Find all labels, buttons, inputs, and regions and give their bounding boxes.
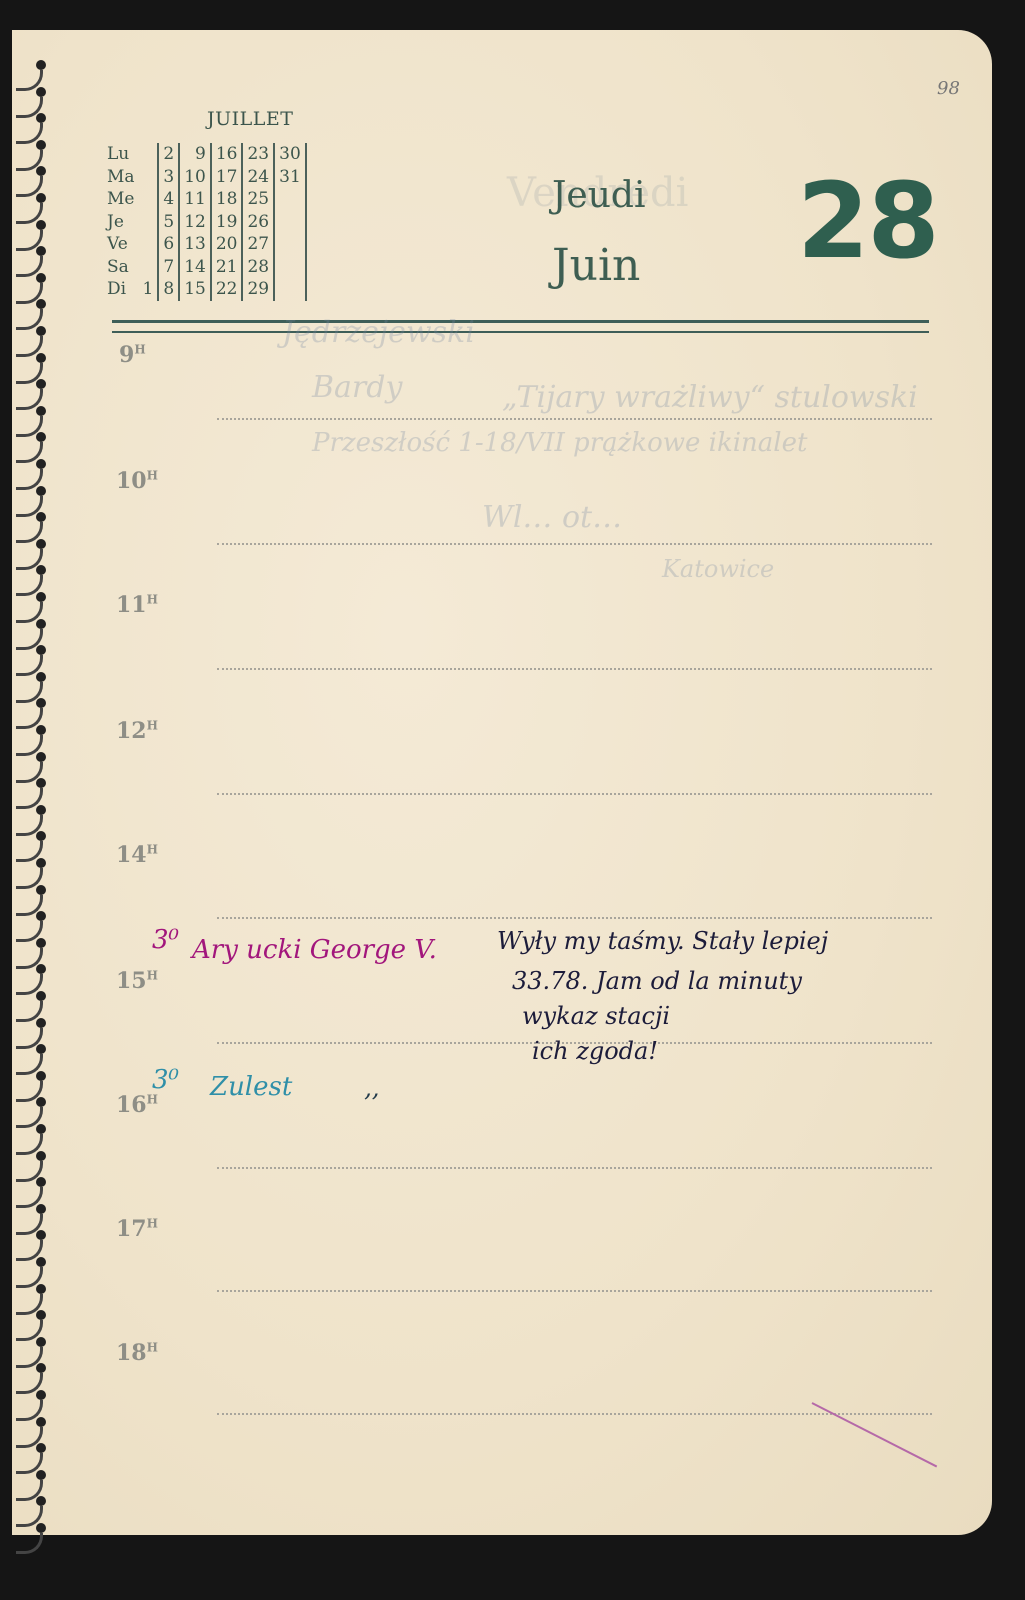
mini-calendar-date: 14 <box>179 256 211 279</box>
entry-note-line: Wyły my taśmy. Stały lepiej <box>497 925 828 957</box>
mini-calendar-date: 9 <box>179 143 211 166</box>
pencil-note: Katowice <box>662 555 774 583</box>
mini-calendar-date <box>274 188 306 211</box>
entry-text-1530: Ary ucki George V. <box>192 935 437 965</box>
hour-label-18: 18H <box>116 1340 158 1366</box>
hour-label-14: 14H <box>116 842 158 868</box>
page-number: 98 <box>937 78 960 99</box>
mini-calendar-day-label: Me <box>107 188 139 211</box>
weekday-heading: Jeudi <box>552 175 645 216</box>
mini-calendar-date: 17 <box>211 166 243 189</box>
mini-calendar-date <box>274 278 306 301</box>
mini-calendar-date: 7 <box>158 256 179 279</box>
mini-calendar-day-label: Lu <box>107 143 139 166</box>
mini-calendar-date: 1 <box>139 278 159 301</box>
mini-calendar-date: 5 <box>158 211 179 234</box>
pencil-note: Bardy <box>312 370 402 405</box>
mini-calendar-date: 21 <box>211 256 243 279</box>
magenta-stroke <box>812 1402 938 1467</box>
spiral-binding <box>12 70 52 1570</box>
mini-calendar-day-label: Je <box>107 211 139 234</box>
dotted-rule <box>217 418 932 420</box>
mini-calendar-day-label: Sa <box>107 256 139 279</box>
mini-calendar-date: 27 <box>242 233 274 256</box>
entry-note-line: wykaz stacji <box>522 1000 670 1032</box>
mini-calendar-date <box>274 211 306 234</box>
hour-label-12: 12H <box>116 718 158 744</box>
spiral-coil <box>16 1533 43 1554</box>
dotted-rule <box>217 543 932 545</box>
entry-note-line: 33.78. Jam od la minuty <box>512 965 802 997</box>
pencil-note: „Tijary wrażliwy“ stulowski <box>502 380 918 415</box>
mini-calendar-date <box>139 211 159 234</box>
mini-calendar-grid: Lu29162330Ma310172431Me4111825Je5121926V… <box>107 143 307 301</box>
mini-calendar-date: 31 <box>274 166 306 189</box>
mini-calendar-date: 19 <box>211 211 243 234</box>
mini-calendar-date: 26 <box>242 211 274 234</box>
entry-time-1630: 3⁰ <box>152 1065 179 1095</box>
mini-calendar-date <box>274 233 306 256</box>
month-heading: Juin <box>552 240 640 291</box>
mini-calendar-date: 28 <box>242 256 274 279</box>
hour-label-9: 9H <box>119 342 146 368</box>
mini-calendar-date: 12 <box>179 211 211 234</box>
mini-calendar-date: 24 <box>242 166 274 189</box>
hour-label-11: 11H <box>116 592 158 618</box>
mini-calendar-date: 16 <box>211 143 243 166</box>
mini-calendar-date: 15 <box>179 278 211 301</box>
mini-calendar-day-label: Ma <box>107 166 139 189</box>
mini-calendar-date: 23 <box>242 143 274 166</box>
mini-calendar-date: 13 <box>179 233 211 256</box>
mini-calendar-date: 6 <box>158 233 179 256</box>
mini-calendar-date <box>139 233 159 256</box>
mini-calendar-date <box>139 256 159 279</box>
hour-label-16: 16H <box>116 1092 158 1118</box>
mini-calendar-date: 4 <box>158 188 179 211</box>
mini-calendar-date: 11 <box>179 188 211 211</box>
dotted-rule <box>217 1413 932 1415</box>
mini-calendar-day-label: Ve <box>107 233 139 256</box>
entry-text-1630: Zulest <box>210 1072 292 1102</box>
header-double-rule <box>112 320 929 333</box>
pencil-note: Wl… ot… <box>482 500 622 535</box>
dotted-rule <box>217 793 932 795</box>
day-number: 28 <box>797 160 938 282</box>
hour-label-10: 10H <box>116 468 158 494</box>
mini-calendar-date <box>139 188 159 211</box>
diary-page: 98 JUILLET Lu29162330Ma310172431Me411182… <box>12 30 992 1535</box>
mini-calendar-date <box>274 256 306 279</box>
mini-calendar-date: 22 <box>211 278 243 301</box>
pencil-note: Przeszłość 1-18/VII prążkowe ikinalet <box>312 428 807 458</box>
entry-time-1530: 3⁰ <box>152 925 179 955</box>
entry-note-line: ich zgoda! <box>532 1035 658 1067</box>
mini-calendar-date: 2 <box>158 143 179 166</box>
mini-calendar-date: 3 <box>158 166 179 189</box>
mini-calendar-date: 18 <box>211 188 243 211</box>
pencil-note: Jędrzejewski <box>282 315 475 350</box>
hour-label-17: 17H <box>116 1216 158 1242</box>
mini-calendar-date: 20 <box>211 233 243 256</box>
mini-calendar-date: 29 <box>242 278 274 301</box>
hour-label-15: 15H <box>116 968 158 994</box>
mini-calendar-date <box>139 143 159 166</box>
dotted-rule <box>217 917 932 919</box>
mini-calendar-date: 30 <box>274 143 306 166</box>
dotted-rule <box>217 668 932 670</box>
mini-calendar-date: 10 <box>179 166 211 189</box>
dotted-rule <box>217 1167 932 1169</box>
mini-calendar-date <box>139 166 159 189</box>
mini-calendar-month: JUILLET <box>207 108 293 130</box>
mini-calendar-date: 25 <box>242 188 274 211</box>
dotted-rule <box>217 1290 932 1292</box>
mini-calendar-date: 8 <box>158 278 179 301</box>
mini-calendar-day-label: Di <box>107 278 139 301</box>
ditto-mark: ‚‚ <box>364 1072 379 1104</box>
